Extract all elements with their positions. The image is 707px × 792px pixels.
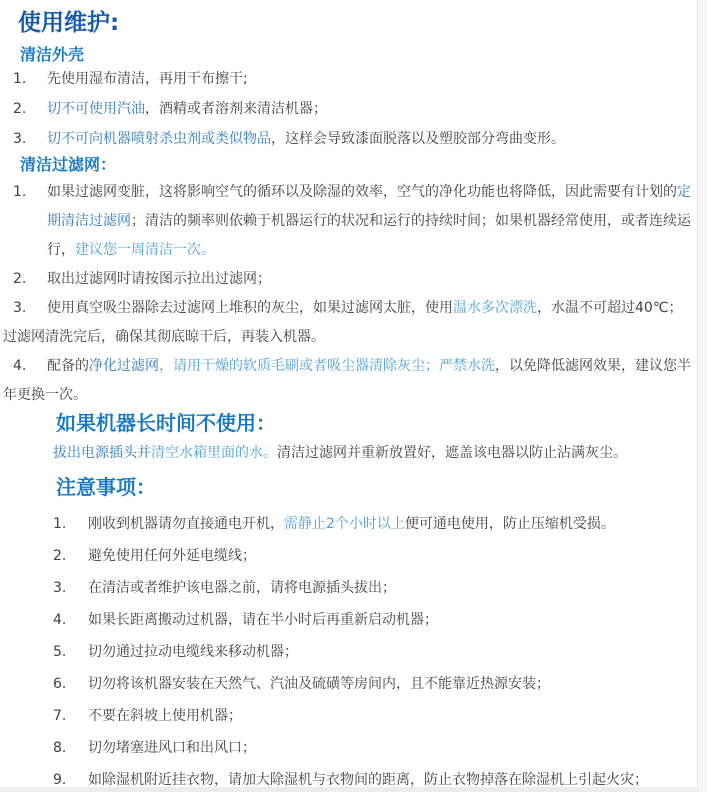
list-item: 2. 避免使用任何外延电缆线； (0, 540, 707, 572)
long-term-paragraph: 拔出电源插头并清空水箱里面的水。清洁过滤网并重新放置好，遮盖该电器以防止沾满灰尘… (53, 443, 707, 463)
list-item: 5. 切勿通过拉动电缆线来移动机器； (0, 636, 707, 668)
text-run: 刚收到机器请勿直接通电开机， (88, 516, 284, 532)
list-item-text: 如果过滤网变脏，这将影响空气的循环以及除湿的效率，空气的净化功能也将降低，因此需… (47, 178, 707, 265)
list-item-text: 不要在斜坡上使用机器； (88, 700, 707, 732)
text-run: 切勿堵塞进风口和出风口； (88, 740, 256, 756)
text-run: ，酒精或者溶剂来清洁机器； (145, 101, 327, 117)
list-item: 1. 刚收到机器请勿直接通电开机，需静止2个小时以上便可通电使用，防止压缩机受损… (0, 508, 707, 540)
list-item-text: 如果长距离搬动过机器，请在半小时后再重新启动机器； (88, 604, 707, 636)
highlight-text: 净化过滤网 (89, 358, 159, 374)
text-run: 如果长距离搬动过机器，请在半小时后再重新启动机器； (88, 612, 438, 628)
clean-filter-list: 1. 如果过滤网变脏，这将影响空气的循环以及除湿的效率，空气的净化功能也将降低，… (0, 178, 707, 410)
list-item-number: 1. (0, 508, 88, 540)
list-item-number: 2. (0, 540, 88, 572)
text-run: 配备的 (47, 358, 89, 374)
highlight-text: 建议您一周清洁一次。 (75, 242, 215, 258)
list-item-number: 6. (0, 668, 88, 700)
list-item: 1. 先使用湿布清洁，再用干布擦干; (0, 64, 707, 94)
text-run: 便可通电使用，防止压缩机受损。 (405, 516, 615, 532)
list-item: 4.配备的净化过滤网，请用干燥的软质毛刷或者吸尘器清除灰尘；严禁水洗，以免降低滤… (3, 352, 693, 410)
text-run: 避免使用任何外延电缆线； (88, 548, 256, 564)
highlight-text: ，请用干燥的软质毛刷或者吸尘器清除灰尘；严禁水洗 (159, 358, 495, 374)
list-item-text: 在清洁或者维护该电器之前，请将电源插头拔出； (88, 572, 707, 604)
list-item-text: 避免使用任何外延电缆线； (88, 540, 707, 572)
list-item-number: 3. (0, 124, 47, 154)
text-run: 使用真空吸尘器除去过滤网上堆积的灰尘，如果过滤网太脏，使用 (47, 300, 453, 316)
clean-shell-list: 1. 先使用湿布清洁，再用干布擦干; 2. 切不可使用汽油，酒精或者溶剂来清洁机… (0, 64, 707, 154)
list-item: 2. 切不可使用汽油，酒精或者溶剂来清洁机器； (0, 94, 707, 124)
list-item-number: 2. (0, 265, 47, 294)
list-item: 3.使用真空吸尘器除去过滤网上堆积的灰尘，如果过滤网太脏，使用温水多次漂洗，水温… (3, 294, 693, 352)
list-item: 6. 切勿将该机器安装在天然气、汽油及硫磺等房间内，且不能靠近热源安装； (0, 668, 707, 700)
list-item-number: 4. (3, 352, 47, 381)
page-bottom-edge (0, 787, 698, 792)
list-item-number: 5. (0, 636, 88, 668)
highlight-text: 切不可向机器喷射杀虫剂或类似物品 (47, 131, 271, 147)
highlight-text: 清空水箱里面的水。 (151, 445, 277, 461)
list-item-number: 8. (0, 732, 88, 764)
list-item-number: 1. (0, 64, 47, 94)
list-item-number: 3. (3, 294, 47, 323)
text-run: 如果过滤网变脏，这将影响空气的循环以及除湿的效率，空气的净化功能也将降低，因此需… (47, 184, 677, 200)
list-item-text: 切不可使用汽油，酒精或者溶剂来清洁机器； (47, 94, 707, 124)
text-run: 如除湿机附近挂衣物，请加大除湿机与衣物间的距离，防止衣物掉落在除湿机上引起火灾； (88, 772, 648, 788)
list-item-text: 刚收到机器请勿直接通电开机，需静止2个小时以上便可通电使用，防止压缩机受损。 (88, 508, 707, 540)
section-heading-clean-filter: 清洁过滤网： (20, 154, 707, 176)
list-item: 7. 不要在斜坡上使用机器； (0, 700, 707, 732)
highlight-text: 拔出电源插头并 (53, 445, 151, 461)
list-item-text: 先使用湿布清洁，再用干布擦干; (47, 64, 707, 94)
text-run: 清洁过滤网并重新放置好，遮盖该电器以防止沾满灰尘。 (277, 445, 627, 461)
list-item-number: 4. (0, 604, 88, 636)
notice-list: 1. 刚收到机器请勿直接通电开机，需静止2个小时以上便可通电使用，防止压缩机受损… (0, 508, 707, 792)
text-run: 先使用湿布清洁，再用干布擦干; (47, 71, 248, 87)
list-item-text: 切勿通过拉动电缆线来移动机器； (88, 636, 707, 668)
text-run: 不要在斜坡上使用机器； (88, 708, 242, 724)
list-item: 3. 切不可向机器喷射杀虫剂或类似物品，这样会导致漆面脱落以及塑胶部分弯曲变形。 (0, 124, 707, 154)
page-right-edge (697, 0, 707, 792)
heading-notice: 注意事项： (56, 474, 707, 500)
list-item-text: 切勿堵塞进风口和出风口； (88, 732, 707, 764)
list-item-text: 切不可向机器喷射杀虫剂或类似物品，这样会导致漆面脱落以及塑胶部分弯曲变形。 (47, 124, 707, 154)
list-item-number: 1. (0, 178, 47, 265)
list-item-number: 7. (0, 700, 88, 732)
text-run: 切勿将该机器安装在天然气、汽油及硫磺等房间内，且不能靠近热源安装； (88, 676, 550, 692)
list-item-text: 取出过滤网时请按图示拉出过滤网； (47, 265, 707, 294)
document-page: 使用维护: 清洁外壳 1. 先使用湿布清洁，再用干布擦干; 2. 切不可使用汽油… (0, 9, 707, 792)
list-item: 8. 切勿堵塞进风口和出风口； (0, 732, 707, 764)
text-run: 在清洁或者维护该电器之前，请将电源插头拔出； (88, 580, 396, 596)
list-item-text: 切勿将该机器安装在天然气、汽油及硫磺等房间内，且不能靠近热源安装； (88, 668, 707, 700)
list-item-number: 3. (0, 572, 88, 604)
highlight-text: 切不可使用汽油 (47, 101, 145, 117)
highlight-text: 温水多次漂洗 (453, 300, 537, 316)
list-item-number: 2. (0, 94, 47, 124)
list-item: 4. 如果长距离搬动过机器，请在半小时后再重新启动机器； (0, 604, 707, 636)
list-item: 2. 取出过滤网时请按图示拉出过滤网； (0, 265, 707, 294)
list-item: 3. 在清洁或者维护该电器之前，请将电源插头拔出； (0, 572, 707, 604)
highlight-text: 需静止2个小时以上 (284, 516, 405, 532)
text-run: ，这样会导致漆面脱落以及塑胶部分弯曲变形。 (271, 131, 565, 147)
text-run: 取出过滤网时请按图示拉出过滤网； (47, 271, 271, 287)
heading-long-term-unused: 如果机器长时间不使用： (56, 410, 707, 436)
page-title: 使用维护: (18, 9, 707, 37)
text-run: 切勿通过拉动电缆线来移动机器； (88, 644, 298, 660)
section-heading-clean-shell: 清洁外壳 (20, 44, 707, 66)
list-item: 1. 如果过滤网变脏，这将影响空气的循环以及除湿的效率，空气的净化功能也将降低，… (0, 178, 707, 265)
